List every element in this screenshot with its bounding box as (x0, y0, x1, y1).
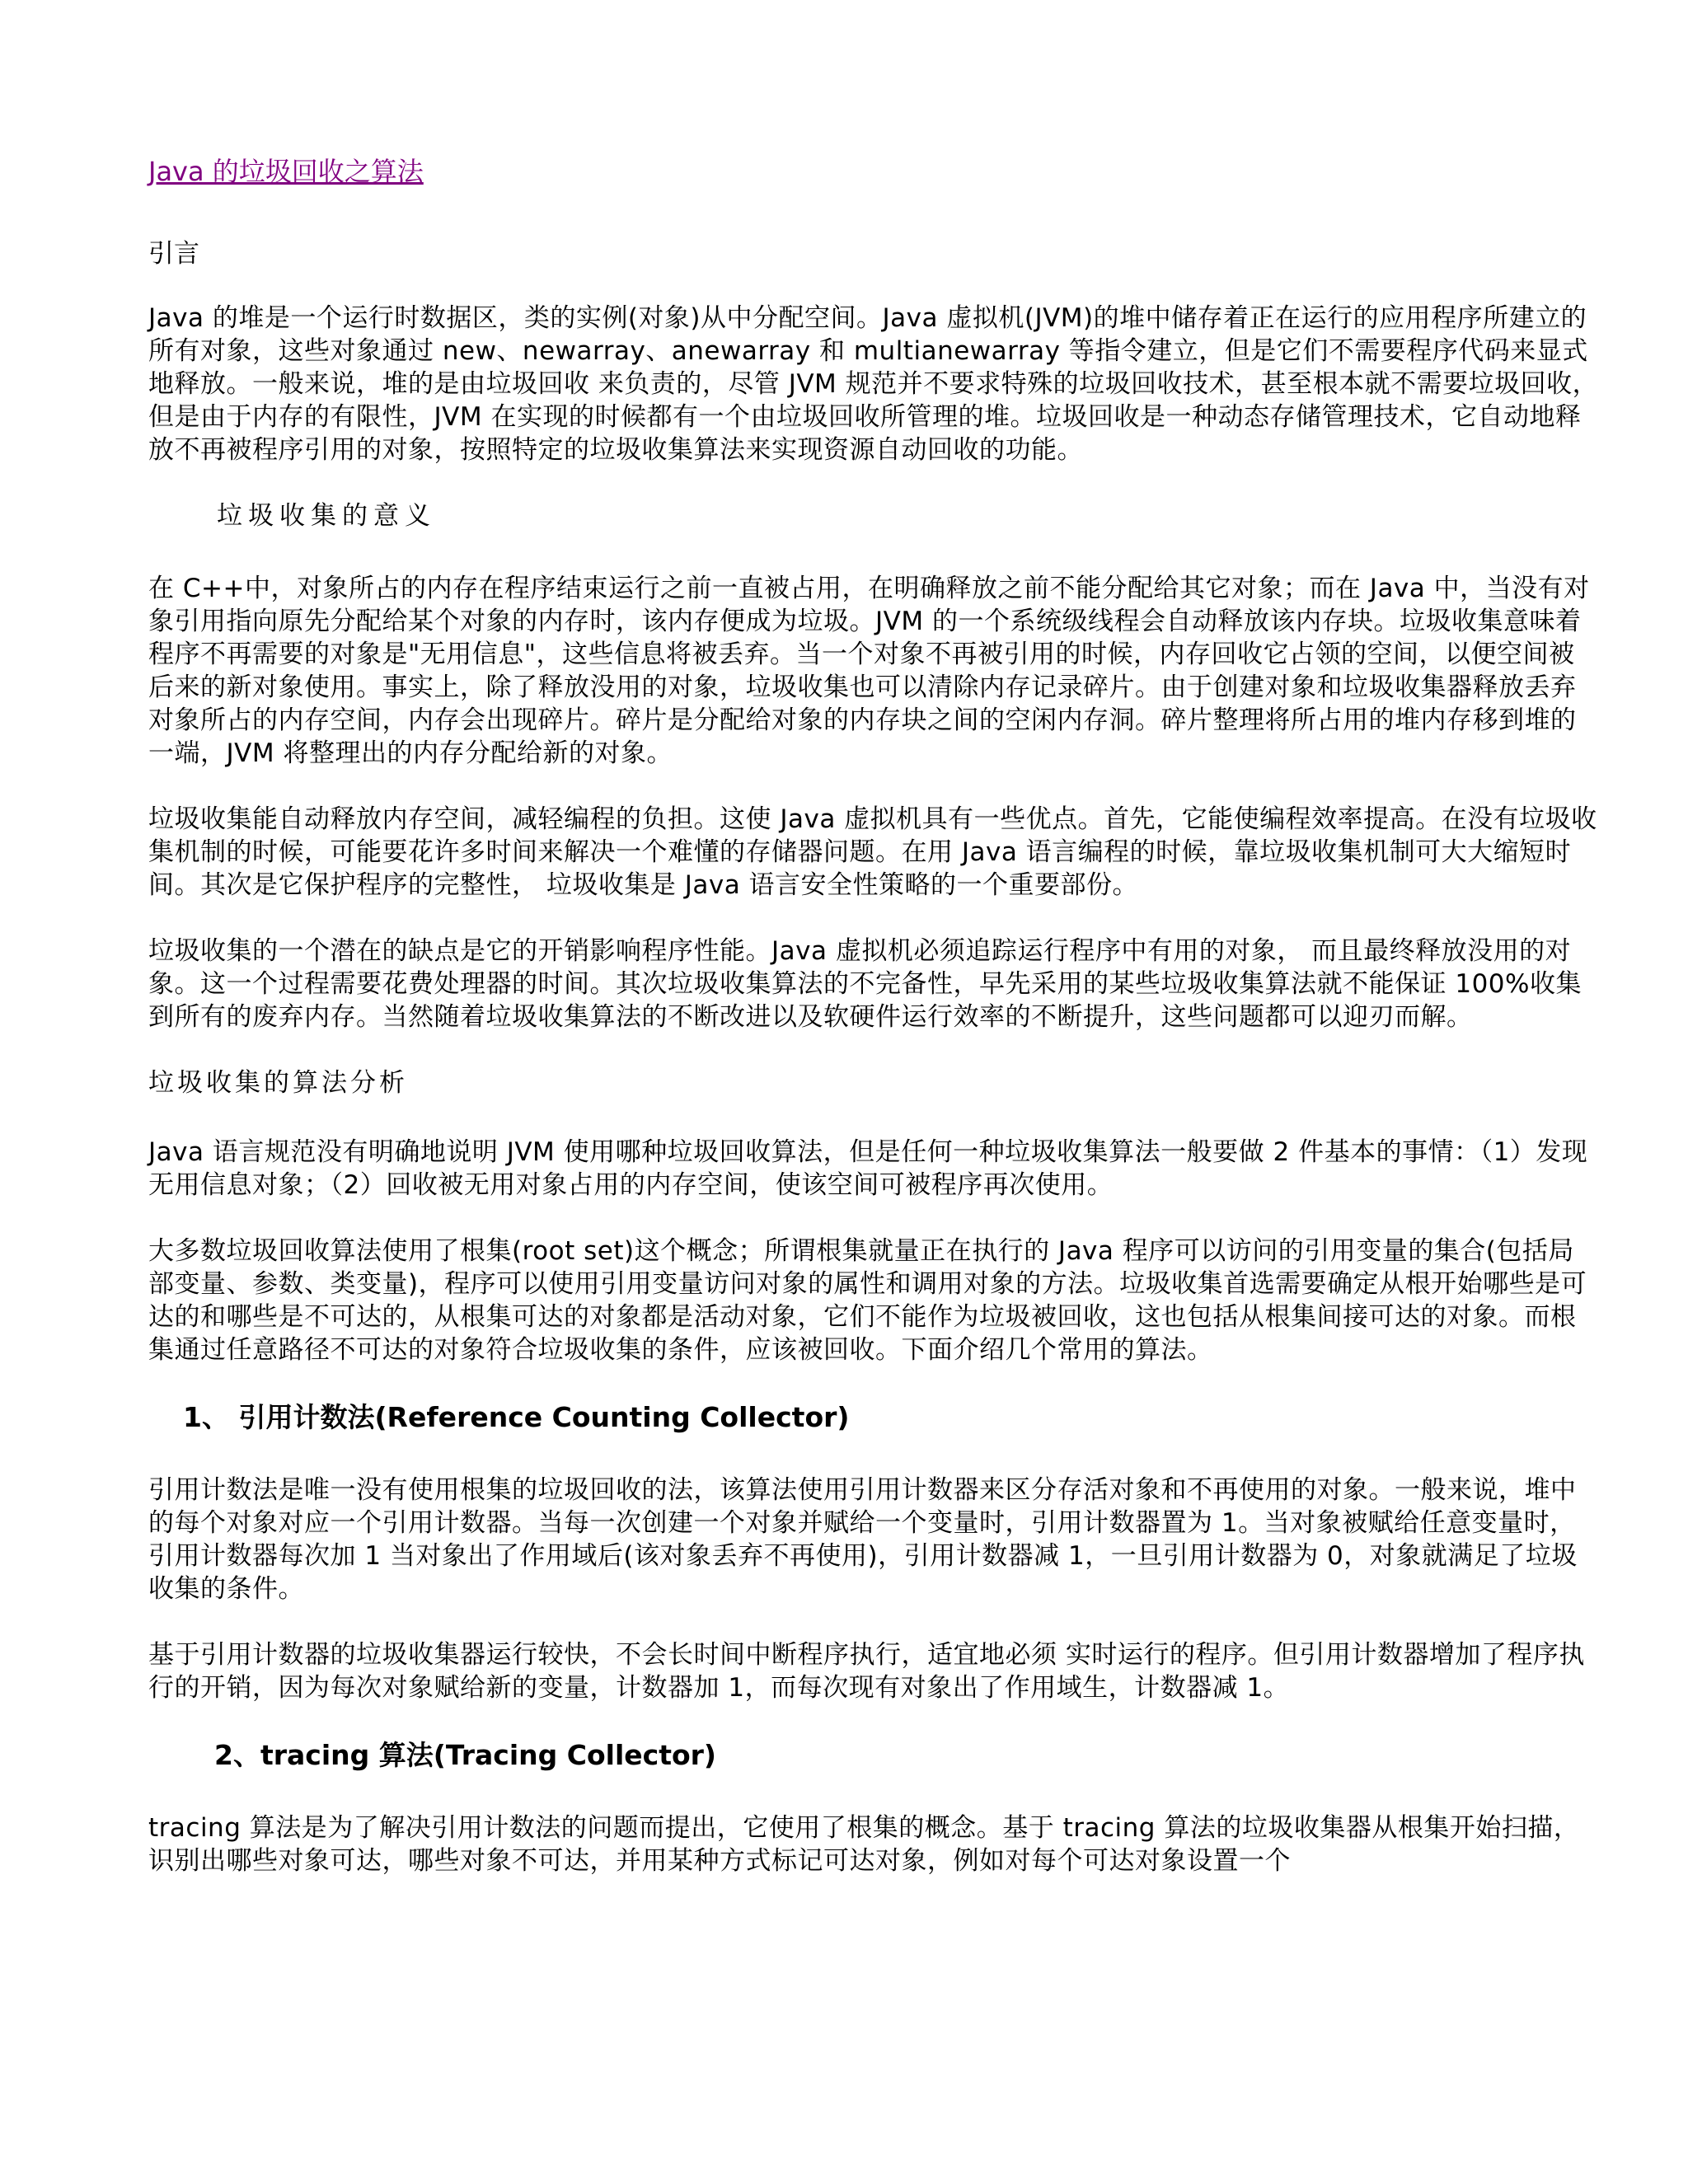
heading-gc-algorithm-analysis: 垃圾收集的算法分析 (148, 1066, 1599, 1099)
paragraph-two-basic-things: Java 语言规范没有明确地说明 JVM 使用哪种垃圾回收算法，但是任何一种垃圾… (148, 1136, 1599, 1202)
doc-title-link[interactable]: Java 的垃圾回收之算法 (148, 153, 424, 190)
paragraph-tracing-desc: tracing 算法是为了解决引用计数法的问题而提出，它使用了根集的概念。基于 … (148, 1811, 1599, 1877)
document-page: Java 的垃圾回收之算法 引言 Java 的堆是一个运行时数据区，类的实例(对… (0, 0, 1688, 2184)
paragraph-root-set: 大多数垃圾回收算法使用了根集(root set)这个概念；所谓根集就量正在执行的… (148, 1235, 1599, 1366)
paragraph-gc-benefits: 垃圾收集能自动释放内存空间，减轻编程的负担。这使 Java 虚拟机具有一些优点。… (148, 803, 1599, 902)
heading-tracing: 2、tracing 算法(Tracing Collector) (148, 1737, 1599, 1774)
title-row: Java 的垃圾回收之算法 (148, 153, 1599, 237)
intro-label: 引言 (148, 237, 1599, 270)
heading-reference-counting: 1、 引用计数法(Reference Counting Collector) (148, 1399, 1599, 1436)
heading-gc-meaning: 垃圾收集的意义 (148, 499, 1599, 532)
paragraph-cpp-vs-java: 在 C++中，对象所占的内存在程序结束运行之前一直被占用，在明确释放之前不能分配… (148, 572, 1599, 770)
paragraph-reference-counting-desc: 引用计数法是唯一没有使用根集的垃圾回收的法，该算法使用引用计数器来区分存活对象和… (148, 1474, 1599, 1605)
paragraph-gc-drawbacks: 垃圾收集的一个潜在的缺点是它的开销影响程序性能。Java 虚拟机必须追踪运行程序… (148, 935, 1599, 1033)
paragraph-java-heap: Java 的堆是一个运行时数据区，类的实例(对象)从中分配空间。Java 虚拟机… (148, 302, 1599, 466)
paragraph-reference-counting-overhead: 基于引用计数器的垃圾收集器运行较快，不会长时间中断程序执行，适宜地必须 实时运行… (148, 1638, 1599, 1704)
